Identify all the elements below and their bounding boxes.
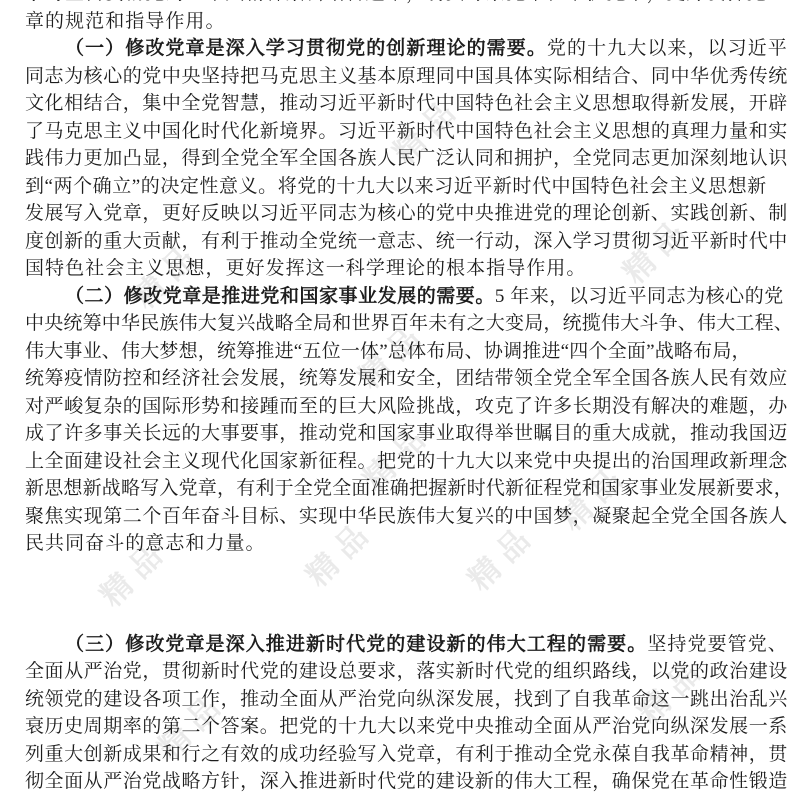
- body-text-run: 章的规范和指导作用。: [25, 11, 226, 32]
- text-line-9: 发展写入党章，更好反映以习近平同志为核心的党中央推进党的理论创新、实践创新、制: [25, 200, 788, 228]
- body-text-run: 学习宣传贯彻党的二十大精神紧密结合起来，切实尊崇党章、维护党章，更好发挥党: [25, 0, 767, 4]
- text-line-7: 践伟力更加凸显，得到全党全军全国各族人民广泛认同和拥护，全党同志更加深刻地认识: [25, 145, 788, 173]
- section-heading-run: （三）修改党章是深入推进新时代党的建设新的伟大工程的需要。: [65, 634, 647, 655]
- text-line-19: 新思想新战略写入党章，有利于全党全面准确把握新时代新征程党和国家事业发展新要求，: [25, 475, 788, 503]
- text-line-3: （一）修改党章是深入学习贯彻党的创新理论的需要。党的十九大以来，以习近平: [25, 35, 788, 63]
- body-text-run: 坚持党要管党、: [647, 634, 788, 655]
- body-text-run: 践伟力更加凸显，得到全党全军全国各族人民广泛认同和拥护，全党同志更加深刻地认识: [25, 148, 788, 169]
- paragraph-gap: [25, 558, 788, 631]
- text-line-24: 全面从严治党，贯彻新时代党的建设总要求，落实新时代党的组织路线，以党的政治建设: [25, 658, 788, 686]
- text-line-4: 同志为核心的党中央坚持把马克思主义基本原理同中国具体实际相结合、同中华优秀传统: [25, 63, 788, 91]
- text-line-21: 民共同奋斗的意志和力量。: [25, 530, 788, 558]
- body-text-run: 对严峻复杂的国际形势和接踵而至的巨大风险挑战，攻克了许多长期没有解决的难题，办: [25, 396, 788, 417]
- body-text-run: 全面从严治党，贯彻新时代党的建设总要求，落实新时代党的组织路线，以党的政治建设: [25, 661, 788, 682]
- body-text-run: 5 年来，以习近平同志为核心的党: [495, 286, 784, 307]
- body-text-run: 统领党的建设各项工作，推动全面从严治党向纵深发展，找到了自我革命这一跳出治乱兴: [25, 689, 788, 710]
- text-line-11: 国特色社会主义思想，更好发挥这一科学理论的根本指导作用。: [25, 255, 788, 283]
- text-line-12: （二）修改党章是推进党和国家事业发展的需要。5 年来，以习近平同志为核心的党: [25, 283, 788, 311]
- body-text-run: 伟大事业、伟大梦想，统筹推进“五位一体”总体布局、协调推进“四个全面”战略布局，: [25, 341, 751, 362]
- body-text-run: 彻全面从严治党战略方针，深入推进新时代党的建设新的伟大工程，确保党在革命性锻造: [25, 771, 788, 792]
- body-text-run: 度创新的重大贡献，有利于推动全党统一意志、统一行动，深入学习贯彻习近平新时代中: [25, 231, 788, 252]
- body-text-run: 上全面建设社会主义现代化国家新征程。把党的十九大以来党中央提出的治国理政新理念: [25, 451, 788, 472]
- document-body: 学习宣传贯彻党的二十大精神紧密结合起来，切实尊崇党章、维护党章，更好发挥党章的规…: [25, 0, 788, 796]
- body-text-run: 到“两个确立”的决定性意义。将党的十九大以来习近平新时代中国特色社会主义思想新: [25, 176, 767, 197]
- text-line-10: 度创新的重大贡献，有利于推动全党统一意志、统一行动，深入学习贯彻习近平新时代中: [25, 228, 788, 256]
- text-line-8: 到“两个确立”的决定性意义。将党的十九大以来习近平新时代中国特色社会主义思想新: [25, 173, 788, 201]
- body-text-run: 统筹疫情防控和经济社会发展，统筹发展和安全，团结带领全党全军全国各族人民有效应: [25, 368, 788, 389]
- text-line-20: 聚焦实现第二个百年奋斗目标、实现中华民族伟大复兴的中国梦，凝聚起全党全国各族人: [25, 503, 788, 531]
- body-text-run: 衰历史周期率的第二个答案。把党的十九大以来党中央推动全面从严治党向纵深发展一系: [25, 716, 788, 737]
- text-line-5: 文化相结合，集中全党智慧，推动习近平新时代中国特色社会主义思想取得新发展，开辟: [25, 90, 788, 118]
- body-text-run: 了马克思主义中国化时代化新境界。习近平新时代中国特色社会主义思想的真理力量和实: [25, 121, 788, 142]
- text-line-2: 章的规范和指导作用。: [25, 8, 788, 36]
- section-heading-run: （一）修改党章是深入学习贯彻党的创新理论的需要。: [65, 38, 547, 59]
- text-line-15: 统筹疫情防控和经济社会发展，统筹发展和安全，团结带领全党全军全国各族人民有效应: [25, 365, 788, 393]
- body-text-run: 中央统筹中华民族伟大复兴战略全局和世界百年未有之大变局，统揽伟大斗争、伟大工程、: [25, 313, 793, 334]
- text-line-27: 列重大创新成果和行之有效的成功经验写入党章，有利于推动全党永葆自我革命精神，贯: [25, 741, 788, 769]
- body-text-run: 成了许多事关长远的大事要事，推动党和国家事业取得举世瞩目的重大成就，推动我国迈: [25, 423, 788, 444]
- text-line-14: 伟大事业、伟大梦想，统筹推进“五位一体”总体布局、协调推进“四个全面”战略布局，: [25, 338, 788, 366]
- document-page: 精品精品精品精品精品精品精品精品精品精品精品 学习宣传贯彻党的二十大精神紧密结合…: [0, 0, 800, 800]
- section-heading-run: （二）修改党章是推进党和国家事业发展的需要。: [65, 286, 495, 307]
- body-text-run: 党的十九大以来，以习近平: [547, 38, 788, 59]
- text-line-25: 统领党的建设各项工作，推动全面从严治党向纵深发展，找到了自我革命这一跳出治乱兴: [25, 686, 788, 714]
- body-text-run: 列重大创新成果和行之有效的成功经验写入党章，有利于推动全党永葆自我革命精神，贯: [25, 744, 788, 765]
- text-line-23: （三）修改党章是深入推进新时代党的建设新的伟大工程的需要。坚持党要管党、: [25, 631, 788, 659]
- body-text-run: 国特色社会主义思想，更好发挥这一科学理论的根本指导作用。: [25, 258, 586, 279]
- text-line-17: 成了许多事关长远的大事要事，推动党和国家事业取得举世瞩目的重大成就，推动我国迈: [25, 420, 788, 448]
- body-text-run: 民共同奋斗的意志和力量。: [25, 533, 266, 554]
- body-text-run: 新思想新战略写入党章，有利于全党全面准确把握新时代新征程党和国家事业发展新要求，: [25, 478, 793, 499]
- body-text-run: 同志为核心的党中央坚持把马克思主义基本原理同中国具体实际相结合、同中华优秀传统: [25, 66, 788, 87]
- text-line-6: 了马克思主义中国化时代化新境界。习近平新时代中国特色社会主义思想的真理力量和实: [25, 118, 788, 146]
- text-line-26: 衰历史周期率的第二个答案。把党的十九大以来党中央推动全面从严治党向纵深发展一系: [25, 713, 788, 741]
- text-line-28: 彻全面从严治党战略方针，深入推进新时代党的建设新的伟大工程，确保党在革命性锻造: [25, 768, 788, 796]
- text-line-1: 学习宣传贯彻党的二十大精神紧密结合起来，切实尊崇党章、维护党章，更好发挥党: [25, 0, 788, 8]
- text-line-16: 对严峻复杂的国际形势和接踵而至的巨大风险挑战，攻克了许多长期没有解决的难题，办: [25, 393, 788, 421]
- text-line-18: 上全面建设社会主义现代化国家新征程。把党的十九大以来党中央提出的治国理政新理念: [25, 448, 788, 476]
- body-text-run: 文化相结合，集中全党智慧，推动习近平新时代中国特色社会主义思想取得新发展，开辟: [25, 93, 788, 114]
- body-text-run: 发展写入党章，更好反映以习近平同志为核心的党中央推进党的理论创新、实践创新、制: [25, 203, 788, 224]
- text-line-13: 中央统筹中华民族伟大复兴战略全局和世界百年未有之大变局，统揽伟大斗争、伟大工程、: [25, 310, 788, 338]
- body-text-run: 聚焦实现第二个百年奋斗目标、实现中华民族伟大复兴的中国梦，凝聚起全党全国各族人: [25, 506, 788, 527]
